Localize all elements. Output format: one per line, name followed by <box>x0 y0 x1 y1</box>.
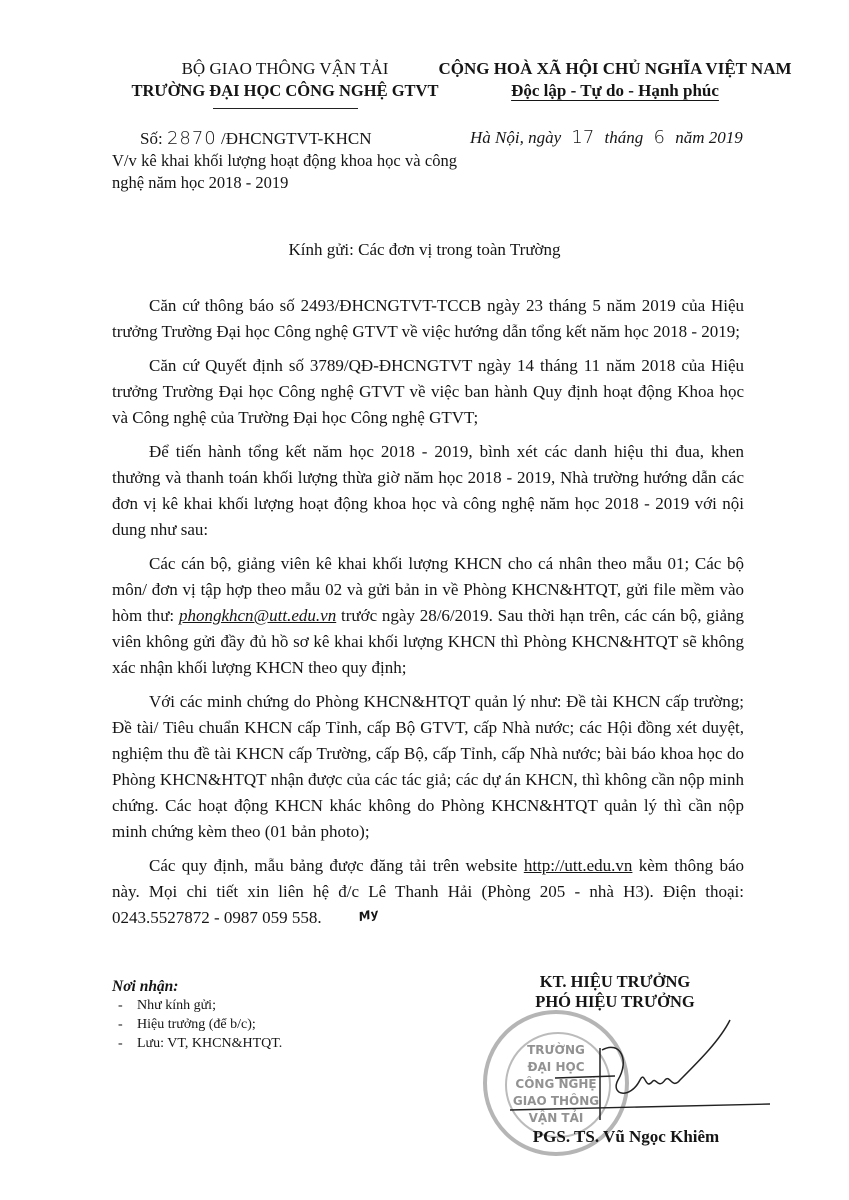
document-number: Số: 2870 /ĐHCNGTVT-KHCN <box>140 128 372 149</box>
addressee: Kính gửi: Các đơn vị trong toàn Trường <box>0 240 849 260</box>
national-motto: Độc lập - Tự do - Hạnh phúc <box>430 80 800 102</box>
paragraph: Để tiến hành tổng kết năm học 2018 - 201… <box>112 439 744 543</box>
header-divider <box>213 108 358 109</box>
list-item: Lưu: VT, KHCN&HTQT. <box>112 1034 282 1053</box>
website-link[interactable]: http://utt.edu.vn <box>524 856 633 875</box>
handwritten-initials: My <box>320 900 381 937</box>
recipients-list: Như kính gửi; Hiệu trưởng (để b/c); Lưu:… <box>112 996 282 1053</box>
list-item: Hiệu trưởng (để b/c); <box>112 1015 282 1034</box>
recipients-title: Nơi nhận: <box>112 977 282 996</box>
issuer-header: BỘ GIAO THÔNG VẬN TẢI TRƯỜNG ĐẠI HỌC CÔN… <box>100 58 470 109</box>
nation-name: CỘNG HOÀ XÃ HỘI CHỦ NGHĨA VIỆT NAM <box>430 58 800 80</box>
school-name: TRƯỜNG ĐẠI HỌC CÔNG NGHỆ GTVT <box>100 80 470 102</box>
subject-line: V/v kê khai khối lượng hoạt động khoa họ… <box>112 150 457 194</box>
paragraph: Với các minh chứng do Phòng KHCN&HTQT qu… <box>112 689 744 845</box>
paragraph: Căn cứ thông báo số 2493/ĐHCNGTVT-TCCB n… <box>112 293 744 345</box>
recipients-block: Nơi nhận: Như kính gửi; Hiệu trưởng (để … <box>112 977 282 1053</box>
handwritten-month: 6 <box>648 127 671 148</box>
national-header: CỘNG HOÀ XÃ HỘI CHỦ NGHĨA VIỆT NAM Độc l… <box>430 58 800 102</box>
ministry-name: BỘ GIAO THÔNG VẬN TẢI <box>100 58 470 80</box>
handwritten-day: 17 <box>565 127 600 148</box>
signer-name: PGS. TS. Vũ Ngọc Khiêm <box>486 1127 766 1147</box>
paragraph: Các quy định, mẫu bảng được đăng tải trê… <box>112 853 744 932</box>
paragraph: Các cán bộ, giảng viên kê khai khối lượn… <box>112 551 744 681</box>
paragraph: Căn cứ Quyết định số 3789/QĐ-ĐHCNGTVT ng… <box>112 353 744 431</box>
list-item: Như kính gửi; <box>112 996 282 1015</box>
handwritten-signature-icon <box>480 1000 780 1140</box>
document-date: Hà Nội, ngày 17 tháng 6 năm 2019 <box>470 127 743 148</box>
email-link[interactable]: phongkhcn@utt.edu.vn <box>179 606 336 625</box>
document-body: Căn cứ thông báo số 2493/ĐHCNGTVT-TCCB n… <box>112 293 744 940</box>
handwritten-number: 2870 <box>167 128 217 149</box>
